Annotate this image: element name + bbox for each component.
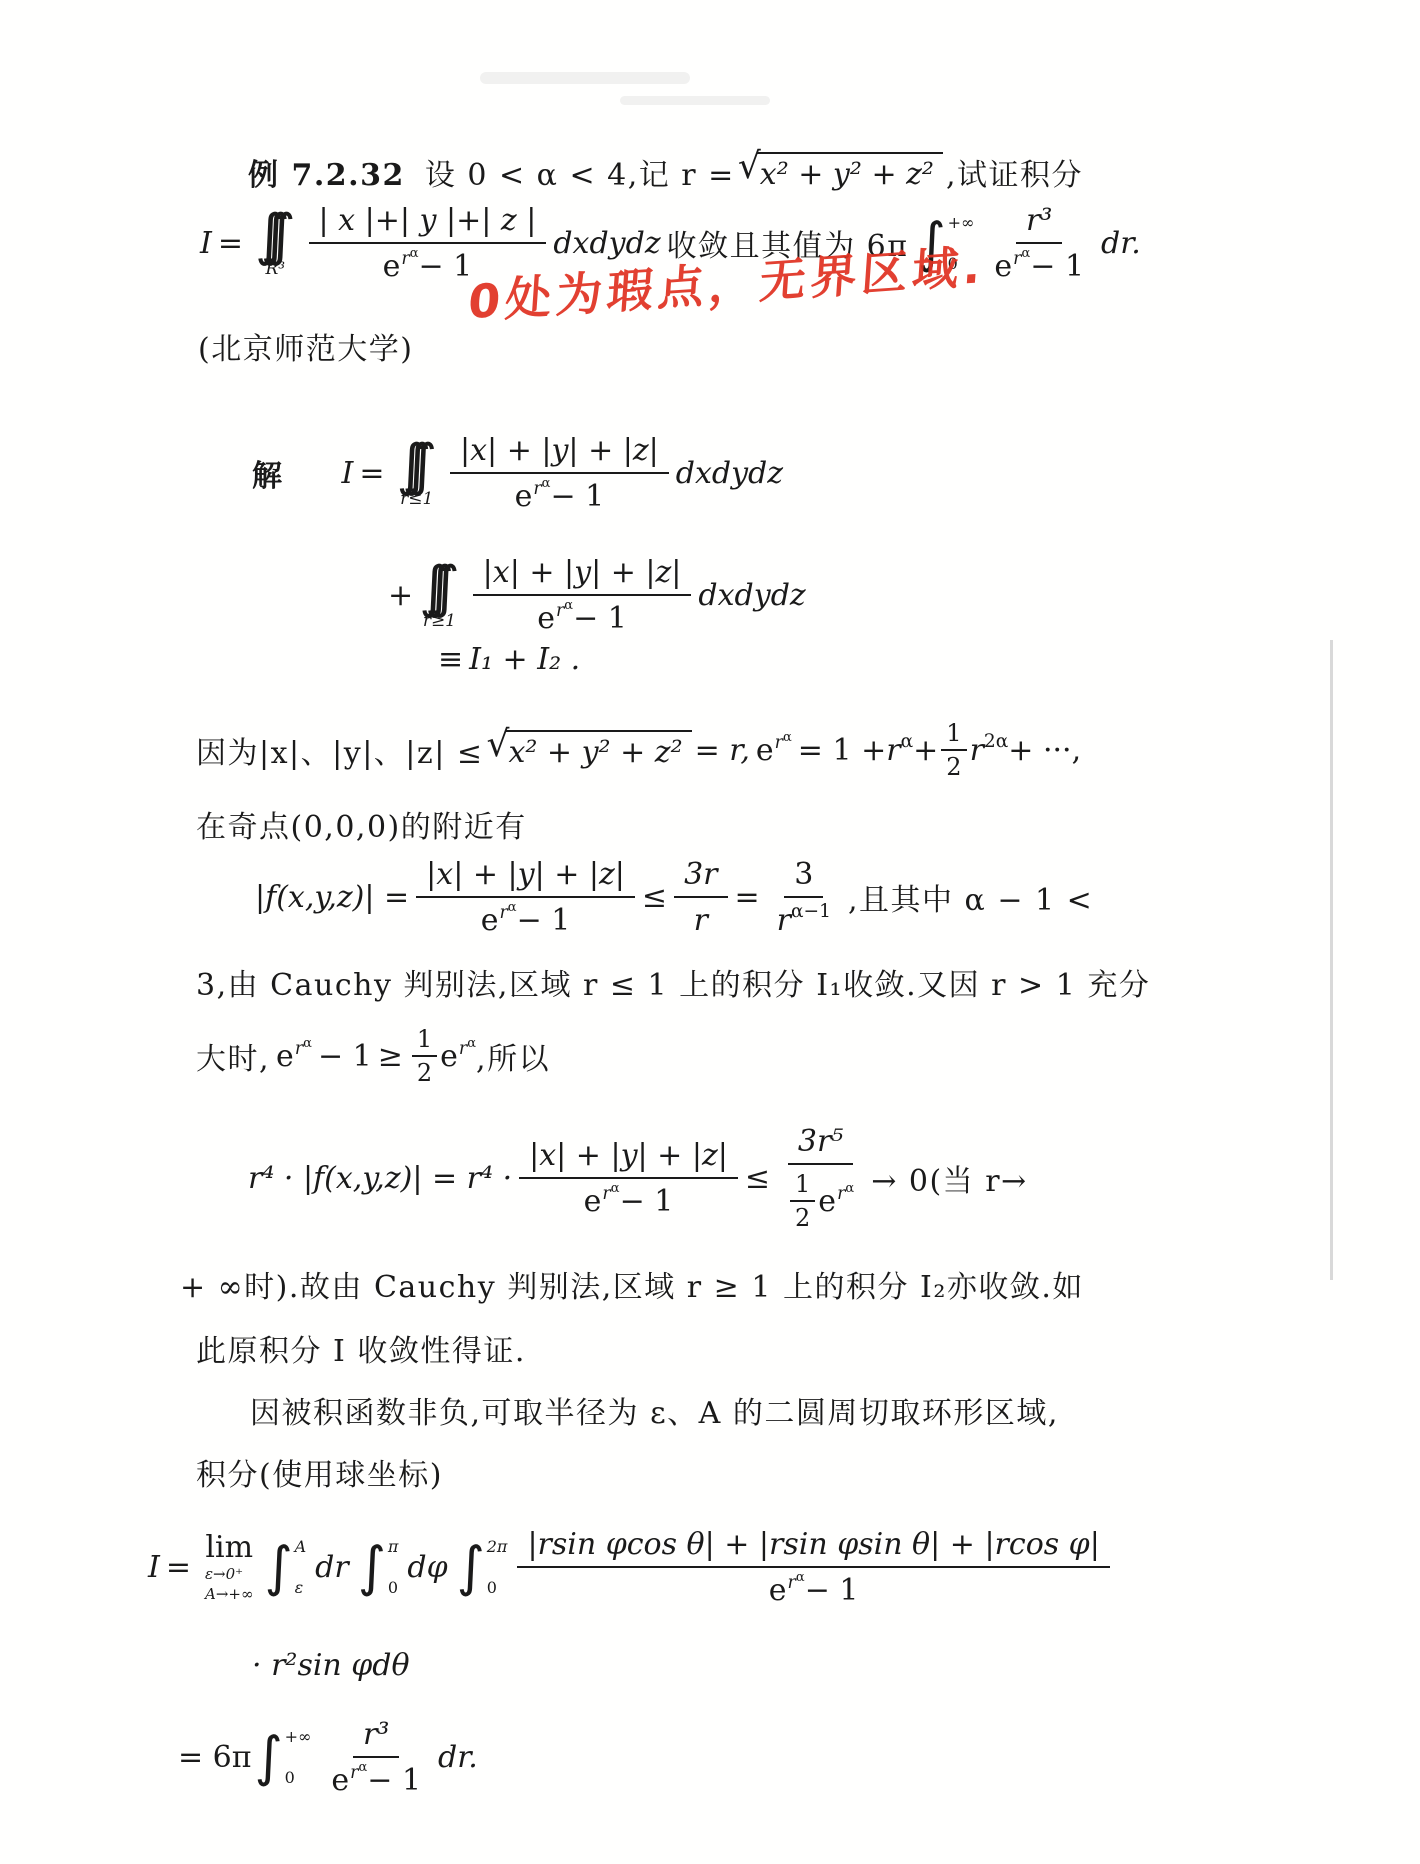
exp-alpha: α (410, 246, 419, 261)
formula-final-result: = 6π ∫ +∞0 r³ erα − 1 dr. (178, 1692, 478, 1822)
single-integral: ∫ 2π0 (457, 1537, 508, 1597)
sqrt-expression: √x² + y² + z² (487, 730, 692, 770)
exp-r: r (459, 1039, 467, 1059)
fraction-numerator: 3 (784, 857, 823, 898)
base-e: e (769, 1573, 787, 1608)
fraction-one-half: 1 2 (790, 1170, 815, 1232)
e-power-r-alpha: erα (756, 733, 792, 768)
dr-text: dr (315, 1550, 349, 1585)
plus-sign: + (388, 578, 413, 613)
integral-icon: ∫ (264, 1540, 292, 1594)
limit-epsilon: ε→0⁺ (205, 1565, 243, 1585)
fraction-numerator: 3r⁵ (788, 1124, 853, 1165)
solve-label: 解 (252, 451, 284, 495)
integral-lower-limit: 0 (285, 1768, 312, 1787)
exp-alpha: α (845, 1181, 854, 1196)
minus-one: − 1 (550, 479, 604, 514)
dphi-text: dφ (407, 1550, 447, 1585)
fraction: |rsin φcos θ| + |rsin φsin θ| + |rcos φ|… (517, 1527, 1109, 1608)
fraction-denominator: erα − 1 (373, 244, 483, 284)
near-singularity-text: 在奇点(0,0,0)的附近有 (196, 802, 527, 846)
integral-upper-limit: π (388, 1537, 399, 1556)
r2-sin-phi-dtheta: · r²sin φdθ (252, 1648, 410, 1683)
triple-integral-icon: ∫∫∫ (255, 208, 296, 264)
fraction-3-over-r-alpha-minus-1: 3 rα−1 (767, 857, 841, 938)
lim-text: lim (205, 1530, 253, 1565)
source-university: (北京师范大学) (198, 324, 413, 368)
radical-icon: √ (487, 727, 510, 763)
fraction-numerator: 3r (674, 857, 727, 898)
base-e: e (440, 1039, 458, 1074)
numerator-text: 3r (684, 857, 717, 892)
minus-one: − 1 (1030, 249, 1084, 284)
scan-fold-line (1330, 640, 1333, 1280)
base-e: e (481, 903, 499, 938)
nonnegative-integrand-text: 因被积函数非负,可取半径为 ε、A 的二圆周切取环形区域, (250, 1388, 1059, 1432)
fraction-denominator: 2 (790, 1202, 815, 1232)
exp-alpha: α (796, 1570, 805, 1585)
var-r: r (970, 733, 984, 768)
var-I: I (200, 226, 212, 261)
abs-f-lhs: |f(x,y,z)| = (255, 880, 409, 915)
equals-sign: = (218, 226, 243, 261)
equals-r: = r, (695, 733, 750, 768)
because-line: 因为|x|、|y|、|z| ≤ √x² + y² + z² = r, erα =… (196, 702, 1081, 798)
fraction-numerator: 1 (941, 719, 966, 751)
fraction-one-half: 1 2 (412, 1025, 437, 1087)
large-r-line: 大时, erα − 1 ≥ 1 2 erα ,所以 (196, 1016, 550, 1096)
base-e: e (756, 733, 774, 768)
exp-r: r (775, 733, 783, 753)
exponent-2alpha: 2α (984, 731, 1008, 752)
base-e: e (537, 601, 555, 636)
fraction-denominator: erα − 1 (321, 1758, 431, 1798)
exp-r: r (1013, 249, 1021, 269)
e-power-r-alpha: erα (515, 479, 551, 514)
dr-text: dr. (1101, 226, 1141, 261)
solution-line-3: ≡ I₁ + I₂ . (438, 642, 586, 677)
integral-icon: ∫ (457, 1540, 485, 1594)
fraction: |x| + |y| + |z| erα − 1 (519, 1138, 738, 1219)
fraction: |x| + |y| + |z| erα − 1 (450, 433, 669, 514)
numerator-text: r³ (363, 1717, 389, 1752)
integral-domain: R³ (265, 259, 285, 279)
var-r: r (777, 903, 791, 938)
e-power-r-alpha: erα (331, 1763, 367, 1798)
triple-integral-icon: ∫∫∫ (397, 438, 438, 494)
equals-sign: = (735, 880, 760, 915)
e-power-r-alpha: erα (994, 249, 1030, 284)
fraction-numerator: | x |+| y |+| z | (309, 203, 547, 244)
exponent-alpha-minus-1: α−1 (791, 901, 831, 922)
var-I: I (148, 1550, 160, 1585)
e-power-r-alpha: erα (481, 903, 517, 938)
fraction-3r-over-r-alpha: 3r r (674, 857, 727, 938)
scanned-textbook-page: 例 7.2.32 设 0 < α < 4,记 r = √x² + y² + z²… (0, 0, 1420, 1864)
integral-lower-limit: ε (295, 1578, 307, 1597)
exponent-alpha: α (901, 731, 914, 752)
therefore-text: ,所以 (476, 1034, 550, 1078)
plus-sign: + (913, 733, 938, 768)
fraction-numerator: 1 (790, 1170, 815, 1202)
exp-alpha: α (508, 900, 517, 915)
base-e: e (994, 249, 1012, 284)
var-r: r (694, 903, 708, 938)
exp-alpha: α (542, 476, 551, 491)
triple-integral-icon: ∫∫∫ (419, 560, 460, 616)
integral-lower-limit: 0 (487, 1578, 508, 1597)
fraction-3r5: 3r⁵ 1 2 erα (777, 1124, 864, 1232)
spherical-coordinates-text: 积分(使用球坐标) (196, 1450, 443, 1494)
minus-one: − 1 (367, 1763, 421, 1798)
numerator-text: |x| + |y| + |z| (529, 1138, 728, 1173)
numerator-text: |x| + |y| + |z| (460, 433, 659, 468)
and-alpha-condition: ,且其中 α − 1 < (848, 875, 1093, 919)
fraction-denominator: erα − 1 (505, 474, 615, 514)
exp-r: r (350, 1763, 358, 1783)
integral-icon: ∫ (254, 1730, 282, 1784)
fraction: |x| + |y| + |z| erα − 1 (473, 555, 692, 636)
var-I: I (342, 456, 354, 491)
because-text: 因为|x|、|y|、|z| ≤ (196, 728, 484, 772)
single-integral: ∫ π0 (358, 1537, 399, 1597)
base-e: e (331, 1763, 349, 1798)
integral-upper-limit: A (295, 1537, 307, 1556)
scan-smudge (620, 96, 770, 105)
cauchy-I2-text: + ∞时).故由 Cauchy 判别法,区域 r ≥ 1 上的积分 I₂亦收敛.… (180, 1262, 1084, 1306)
exp-r: r (602, 1184, 610, 1204)
numerator-text: r³ (1026, 203, 1052, 238)
integral-lower-limit: 0 (388, 1578, 399, 1597)
exp-r: r (295, 1039, 303, 1059)
series-dots: + ···, (1008, 733, 1081, 768)
exp-alpha: α (358, 1760, 367, 1775)
minus-one: − 1 (620, 1184, 674, 1219)
differentials: dxdydz (698, 578, 805, 613)
limit-operator: lim ε→0⁺ A→+∞ (205, 1530, 253, 1604)
equals-sign: = (166, 1550, 191, 1585)
integral-upper-limit: +∞ (285, 1727, 312, 1746)
minus-one: − 1 (419, 249, 473, 284)
fraction-denominator: erα − 1 (527, 596, 637, 636)
tends-to-zero-text: → 0(当 r→ (871, 1156, 1027, 1200)
fraction-denominator: 1 2 erα (777, 1165, 864, 1232)
fraction-numerator: 1 (412, 1025, 437, 1057)
exp-alpha: α (611, 1181, 620, 1196)
fraction-numerator: |x| + |y| + |z| (473, 555, 692, 596)
e-power-r-alpha: erα (584, 1184, 620, 1219)
base-e: e (276, 1039, 294, 1074)
equals-sign: = (359, 456, 384, 491)
fraction: |x| + |y| + |z| erα − 1 (416, 857, 635, 938)
formula-limit-integral: I = lim ε→0⁺ A→+∞ ∫ Aε dr ∫ π0 dφ ∫ 2π0 … (148, 1492, 1117, 1642)
minus-one: − 1 (573, 601, 627, 636)
exp-alpha: α (1021, 246, 1030, 261)
integral-domain: r≤1 (400, 489, 433, 509)
minus-one: − 1 (517, 903, 571, 938)
differentials: dxdydz (676, 456, 783, 491)
sqrt-body: x² + y² + z² (505, 730, 691, 770)
exp-r: r (499, 903, 507, 923)
fraction-numerator: |rsin φcos θ| + |rsin φsin θ| + |rcos φ| (517, 1527, 1109, 1568)
exp-alpha: α (564, 598, 573, 613)
fraction-denominator: erα − 1 (471, 898, 581, 938)
formula-r4-estimate: r⁴ · |f(x,y,z)| = r⁴ · |x| + |y| + |z| e… (248, 1098, 1028, 1258)
e-power-r-alpha: erα (276, 1039, 312, 1074)
fraction: r³ erα − 1 (984, 203, 1094, 284)
exp-alpha: α (783, 730, 792, 745)
triple-integral: ∫∫∫ r≥1 (419, 560, 460, 631)
greater-equal-sign: ≥ (378, 1039, 403, 1074)
base-e: e (515, 479, 533, 514)
numerator-text: |x| + |y| + |z| (483, 555, 682, 590)
single-integral: ∫ +∞0 (254, 1727, 311, 1787)
r4-lhs: r⁴ · |f(x,y,z)| = r⁴ · (248, 1161, 512, 1196)
exp-alpha: α (303, 1036, 312, 1051)
cauchy-I1-text: 3,由 Cauchy 判别法,区域 r ≤ 1 上的积分 I₁收敛.又因 r >… (196, 960, 1150, 1004)
e-power-r-alpha: erα (769, 1573, 805, 1608)
fraction-numerator: r³ (353, 1717, 399, 1758)
fraction-numerator: |x| + |y| + |z| (519, 1138, 738, 1179)
e-power-r-alpha: erα (537, 601, 573, 636)
large-r-text: 大时, (196, 1034, 270, 1078)
exp-r: r (533, 479, 541, 499)
I1-plus-I2: I₁ + I₂ . (469, 642, 580, 677)
minus-one: − 1 (318, 1039, 372, 1074)
fraction-denominator: rα−1 (767, 898, 841, 938)
fraction-denominator: r (684, 898, 718, 938)
base-e: e (818, 1184, 836, 1219)
less-equal-sign: ≤ (642, 880, 667, 915)
e-power-r-alpha: erα (383, 249, 419, 284)
fraction-denominator: erα − 1 (759, 1568, 869, 1608)
exp-r: r (556, 601, 564, 621)
convergence-proved-text: 此原积分 I 收敛性得证. (196, 1326, 526, 1370)
e-power-r-alpha: erα (818, 1184, 854, 1219)
e-power-r-alpha: erα (440, 1039, 476, 1074)
integral-icon: ∫ (358, 1540, 386, 1594)
less-equal-sign: ≤ (745, 1161, 770, 1196)
fraction-denominator: erα − 1 (574, 1179, 684, 1219)
numerator-text: |rsin φcos θ| + |rsin φsin θ| + |rcos φ| (527, 1527, 1099, 1562)
base-e: e (383, 249, 401, 284)
formula-f-estimate: |f(x,y,z)| = |x| + |y| + |z| erα − 1 ≤ 3… (255, 842, 1093, 952)
base-e: e (584, 1184, 602, 1219)
exp-r: r (788, 1573, 796, 1593)
numerator-text: 3r⁵ (798, 1124, 843, 1159)
integral-upper-limit: +∞ (948, 213, 975, 232)
limit-A: A→+∞ (205, 1585, 253, 1605)
fraction-numerator: r³ (1016, 203, 1062, 244)
triple-integral: ∫∫∫ r≤1 (397, 438, 438, 509)
fraction: r³ erα − 1 (321, 1717, 431, 1798)
dr-text: dr. (438, 1740, 478, 1775)
integral-upper-limit: 2π (487, 1537, 508, 1556)
fraction-denominator: 2 (941, 751, 966, 781)
numerator-text: | x |+| y |+| z | (319, 203, 537, 238)
triple-integral: ∫∫∫ R³ (255, 208, 296, 279)
exp-r: r (837, 1184, 845, 1204)
fraction-one-half: 1 2 (941, 719, 966, 781)
exp-r: r (401, 249, 409, 269)
series-start: = 1 + (798, 733, 886, 768)
minus-one: − 1 (805, 1573, 859, 1608)
fraction-numerator: |x| + |y| + |z| (450, 433, 669, 474)
scan-smudge (480, 72, 690, 84)
fraction-denominator: erα − 1 (984, 244, 1094, 284)
numerator-text: |x| + |y| + |z| (426, 857, 625, 892)
integral-domain: r≥1 (423, 611, 456, 631)
equals-6pi: = 6π (178, 1740, 251, 1775)
exp-alpha: α (467, 1036, 476, 1051)
var-r: r (886, 733, 900, 768)
fraction-numerator: |x| + |y| + |z| (416, 857, 635, 898)
fraction-denominator: 2 (412, 1057, 437, 1087)
single-integral: ∫ Aε (264, 1537, 306, 1597)
equiv-sign: ≡ (438, 642, 463, 677)
